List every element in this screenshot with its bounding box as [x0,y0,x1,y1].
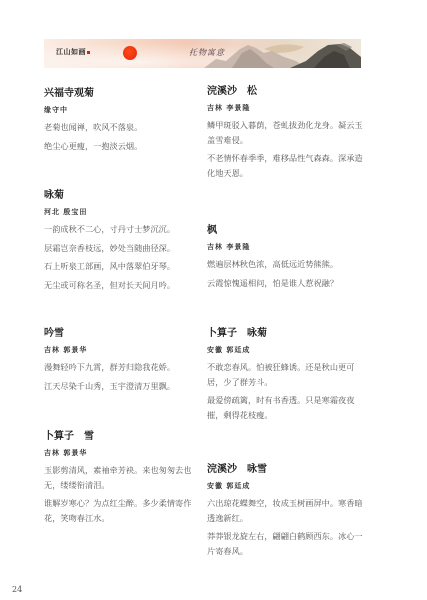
page-number: 24 [12,585,22,594]
poem-line: 玉影剪清风，素袖牵芳袂。来也匆匆去也无，缕缕衔清泪。 [44,463,199,492]
poem-line: 江天尽染千山秀，玉宇澄清万里飘。 [44,379,194,394]
poem-line: 老菊也闻禅，吹风不落泉。 [44,120,194,135]
poem-line: 六出琼花蝶舞空，妆成玉树画屏中。寒香暗透逸新红。 [207,496,367,525]
poem-author: 缘守中 [44,105,194,115]
poem-busuanzi-yongju: 卜算子 咏菊 安徽 郭廷成 不敢恋春风。怕被狂蜂诱。还是秋山更可居，少了群芳斗。… [207,324,367,426]
poem-title: 卜算子 雪 [44,427,199,442]
poem-huanxisha-song: 浣溪沙 松 吉林 李景隆 鳞甲斑驳入暮荫，苍虬拔劲化龙身。凝云玉盖雪难侵。 不老… [207,82,367,184]
poem-line: 石上听泉工部画，风中落翠伯牙琴。 [44,259,194,274]
poem-yinxue: 吟雪 吉林 郭景华 漫舞轻吟下九霄，群芳归隐我花娇。 江天尽染千山秀，玉宇澄清万… [44,324,194,397]
header-banner: 江山如画 托物寓意 [44,39,361,68]
poem-title: 卜算子 咏菊 [207,324,367,339]
poem-author: 吉林 李景隆 [207,103,367,113]
poem-title: 浣溪沙 咏雪 [207,460,367,475]
poem-yongju: 咏菊 河北 殷宝田 一韵成秋不二心，寸丹寸士梦沉沉。 层霜岂奈香枝远，妙处当随曲… [44,186,194,296]
poem-xingfusi-guanju: 兴福寺观菊 缘守中 老菊也闻禅，吹风不落泉。 绝尘心更瘦，一抱淡云烟。 [44,84,194,157]
red-sun-icon [123,46,137,60]
poem-line: 不老情怀春季季，难移品性气森森。深承造化地天恩。 [207,151,367,180]
poem-line: 不敢恋春风。怕被狂蜂诱。还是秋山更可居，少了群芳斗。 [207,360,367,389]
poem-author: 安徽 郭廷成 [207,481,367,491]
poem-author: 吉林 李景隆 [207,242,367,252]
poem-line: 一韵成秋不二心，寸丹寸士梦沉沉。 [44,222,194,237]
poem-line: 燃遍层林秋色浓，高低远近势熊熊。 [207,257,367,272]
banner-motto: 托物寓意 [189,47,225,58]
poem-busuanzi-xue: 卜算子 雪 吉林 郭景华 玉影剪清风，素袖牵芳袂。来也匆匆去也无，缕缕衔清泪。 … [44,427,199,529]
poem-title: 枫 [207,221,367,236]
poem-author: 河北 殷宝田 [44,207,194,217]
poem-title: 兴福寺观菊 [44,84,194,99]
poem-line: 谁解岁寒心？为点红尘醉。多少柔情寄作花，笑吻春江水。 [44,496,199,525]
poem-line: 漫舞轻吟下九霄，群芳归隐我花娇。 [44,360,194,375]
poem-line: 鳞甲斑驳入暮荫，苍虬拔劲化龙身。凝云玉盖雪难侵。 [207,118,367,147]
poem-author: 吉林 郭景华 [44,345,194,355]
poem-title: 浣溪沙 松 [207,82,367,97]
poem-line: 绝尘心更瘦，一抱淡云烟。 [44,139,194,154]
poem-line: 无尘或可称名圣，但对长天间月吟。 [44,278,194,293]
poem-feng: 枫 吉林 李景隆 燃遍层林秋色浓，高低远近势熊熊。 云霞惊愧遥相问，怕是谁人惹祝… [207,221,367,294]
poem-huanxisha-yongxue: 浣溪沙 咏雪 安徽 郭廷成 六出琼花蝶舞空，妆成玉树画屏中。寒香暗透逸新红。 莽… [207,460,367,562]
poem-title: 咏菊 [44,186,194,201]
poem-author: 吉林 郭景华 [44,448,199,458]
poem-line: 莽莽银龙旋左右，翩翩白鹤顾西东。冰心一片寄春风。 [207,529,367,558]
poem-line: 最爱傍疏篱，时有书香透。只是寒霜夜夜摧，剩得花枝瘦。 [207,393,367,422]
poem-line: 层霜岂奈香枝远，妙处当随曲径深。 [44,241,194,256]
poem-line: 云霞惊愧遥相问，怕是谁人惹祝融？ [207,276,367,291]
red-seal-icon [87,51,90,54]
banner-seal-text: 江山如画 [56,47,90,57]
poem-author: 安徽 郭廷成 [207,345,367,355]
seal-text-label: 江山如画 [56,47,86,56]
poem-title: 吟雪 [44,324,194,339]
